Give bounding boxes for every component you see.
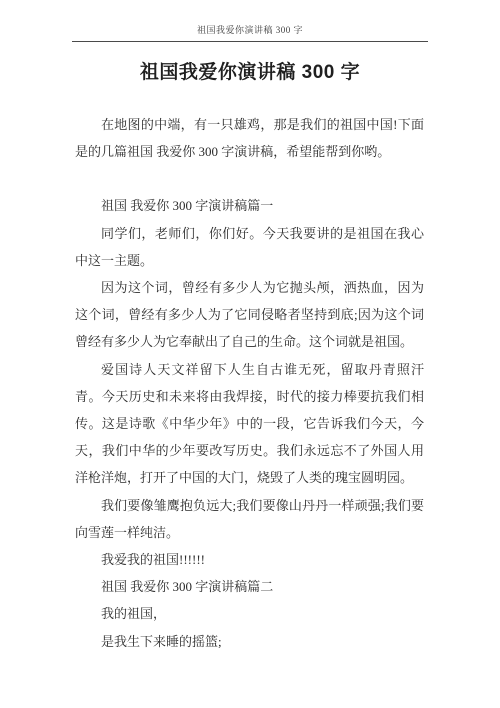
paragraph-my-motherland: 我的祖国， bbox=[75, 600, 424, 627]
paragraph-love-exclaim: 我爱我的祖国!!!!!! bbox=[75, 546, 424, 573]
document-body: 在地图的中端，有一只雄鸡，那是我们的祖国中国!下面是的几篇祖国 我爱你 300 … bbox=[75, 111, 424, 655]
paragraph-because-word: 因为这个词，曾经有多少人为它抛头颅，洒热血，因为这个词，曾经有多少人为了它同侵略… bbox=[75, 274, 424, 356]
paragraph-section1-heading: 祖国 我爱你 300 字演讲稿篇一 bbox=[75, 192, 424, 219]
paragraph-eagle-metaphor: 我们要像雏鹰抱负远大;我们要像山丹丹一样顽强;我们要向雪莲一样纯洁。 bbox=[75, 492, 424, 546]
paragraph-cradle: 是我生下来睡的摇篮; bbox=[75, 628, 424, 655]
running-header-text: 祖国我爱你演讲稿 300 字 bbox=[197, 25, 303, 35]
document-page: 祖国我爱你演讲稿 300 字 祖国我爱你演讲稿 300 字 在地图的中端，有一只… bbox=[0, 0, 500, 708]
paragraph-patriot-poet: 爱国诗人天文祥留下人生自古谁无死，留取丹青照汗青。今天历史和未来将由我焊接，时代… bbox=[75, 356, 424, 492]
paragraph-intro: 在地图的中端，有一只雄鸡，那是我们的祖国中国!下面是的几篇祖国 我爱你 300 … bbox=[75, 111, 424, 165]
paragraph-section2-heading: 祖国 我爱你 300 字演讲稿篇二 bbox=[75, 573, 424, 600]
document-title: 祖国我爱你演讲稿 300 字 bbox=[40, 59, 460, 87]
paragraph-greeting: 同学们，老师们，你们好。今天我要讲的是祖国在我心中这一主题。 bbox=[75, 220, 424, 274]
running-header: 祖国我爱你演讲稿 300 字 bbox=[72, 0, 428, 42]
